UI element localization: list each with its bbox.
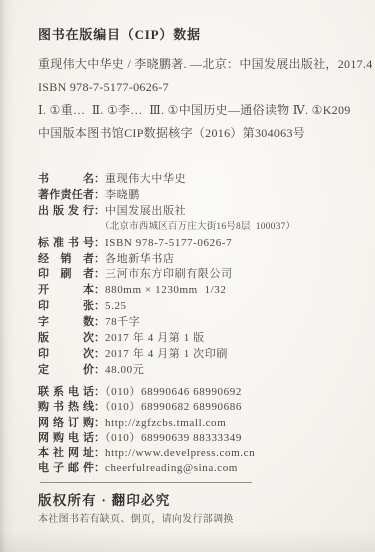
field-label: 标准书号 <box>38 236 94 252</box>
field-label: 著作责任者 <box>38 188 94 204</box>
label-colon: ： <box>94 386 105 398</box>
field-value: 78千字 <box>105 316 140 328</box>
field-value: 中国发展出版社 <box>105 205 186 217</box>
cip-title-line: 重现伟大中华史 / 李晓鹏著. —北京：中国发展出版社，2017.4 <box>38 53 351 76</box>
field-value: 2017 年 4 月第 1 版 <box>105 332 205 344</box>
contact-info-block: 联系电话：（010）68990646 68990692 购书热线：（010）68… <box>38 385 359 477</box>
label-colon: ： <box>94 462 105 474</box>
label-colon: ： <box>94 237 105 249</box>
label-colon: ： <box>94 332 105 344</box>
label-colon: ： <box>94 401 105 413</box>
cip-classification-line: Ⅰ. ①重… Ⅱ. ①李… Ⅲ. ①中国历史—通俗读物 Ⅳ. ①K209 <box>38 99 351 122</box>
contact-row-phone: 联系电话：（010）68990646 68990692 <box>38 385 359 400</box>
field-label: 电子邮件 <box>38 461 94 476</box>
label-colon: ： <box>94 173 105 185</box>
field-value: 三河市东方印刷有限公司 <box>105 268 233 280</box>
publication-info-block: 书名：重现伟大中华史 著作责任者：李晓鹏 出版发行：中国发展出版社 （北京市西城… <box>38 172 359 379</box>
field-label: 购书热线 <box>38 400 94 415</box>
label-colon: ： <box>94 417 105 429</box>
field-label: 印次 <box>38 347 94 363</box>
pub-row-author: 著作责任者：李晓鹏 <box>38 188 359 204</box>
pub-row-printer: 印刷者：三河市东方印刷有限公司 <box>38 267 359 283</box>
label-colon: ： <box>94 432 105 444</box>
contact-row-hotline: 购书热线：（010）68990682 68990686 <box>38 400 359 415</box>
field-value: 880mm × 1230mm 1/32 <box>105 284 226 296</box>
pub-row-printing: 印次：2017 年 4 月第 1 次印刷 <box>38 347 359 363</box>
pub-row-distributor: 经销者：各地新华书店 <box>38 252 359 268</box>
publisher-address-note: （北京市西城区百万庄大街16号8层 100037） <box>38 220 359 236</box>
field-label: 出版发行 <box>38 204 94 220</box>
field-value: 2017 年 4 月第 1 次印刷 <box>105 348 228 360</box>
label-colon: ： <box>94 447 105 459</box>
pub-row-publisher: 出版发行：中国发展出版社 <box>38 204 359 220</box>
field-value: http://www.develpress.com.cn <box>105 447 255 459</box>
pub-row-edition: 版次：2017 年 4 月第 1 版 <box>38 331 359 347</box>
pub-row-isbn: 标准书号：ISBN 978-7-5177-0626-7 <box>38 236 359 252</box>
label-colon: ： <box>94 348 105 360</box>
field-value: cheerfulreading@sina.com <box>105 462 238 474</box>
contact-row-online-store: 网络订购：http://zgfzcbs.tmall.com <box>38 416 359 431</box>
pub-row-price: 定价：48.00元 <box>38 363 359 379</box>
field-label: 本社网址 <box>38 446 94 461</box>
label-colon: ： <box>94 364 105 376</box>
field-label: 定价 <box>38 363 94 379</box>
pub-row-sheets: 印张：5.25 <box>38 299 359 315</box>
contact-row-website: 本社网址：http://www.develpress.com.cn <box>38 446 359 461</box>
pub-row-format: 开本：880mm × 1230mm 1/32 <box>38 283 359 299</box>
pub-row-title: 书名：重现伟大中华史 <box>38 172 359 188</box>
field-value: http://zgfzcbs.tmall.com <box>105 417 226 429</box>
field-value: （010）68990646 68990692 <box>105 386 242 398</box>
field-label: 书名 <box>38 172 94 188</box>
cip-record-number-line: 中国版本图书馆CIP数据核字（2016）第304063号 <box>38 122 351 145</box>
field-value: 重现伟大中华史 <box>105 173 186 185</box>
field-value: （010）68990682 68990686 <box>105 401 242 413</box>
field-label: 网购电话 <box>38 431 94 446</box>
field-value: 5.25 <box>105 300 127 312</box>
label-colon: ： <box>94 284 105 296</box>
field-label: 印张 <box>38 299 94 315</box>
field-label: 网络订购 <box>38 416 94 431</box>
field-label: 字数 <box>38 315 94 331</box>
field-value: 48.00元 <box>105 364 144 376</box>
contact-row-order-phone: 网购电话：（010）68990639 88333349 <box>38 431 359 446</box>
field-label: 印刷者 <box>38 267 94 283</box>
exchange-note: 本社图书若有缺页、倒页，请向发行部调换 <box>38 510 234 525</box>
cip-data-block: 图书在版编目（CIP）数据 重现伟大中华史 / 李晓鹏著. —北京：中国发展出版… <box>38 24 351 145</box>
field-label: 经销者 <box>38 252 94 268</box>
book-copyright-page: { "ui": { "colon": "：" }, "colors": { "p… <box>0 0 375 552</box>
label-colon: ： <box>94 205 105 217</box>
footer-divider <box>40 482 252 483</box>
label-colon: ： <box>94 268 105 280</box>
copyright-notice: 版权所有 · 翻印必究 <box>38 489 170 509</box>
cip-isbn-line: ISBN 978-7-5177-0626-7 <box>38 76 351 99</box>
cip-header: 图书在版编目（CIP）数据 <box>38 24 351 43</box>
field-value: 各地新华书店 <box>105 253 175 265</box>
contact-row-email: 电子邮件：cheerfulreading@sina.com <box>38 461 359 476</box>
label-colon: ： <box>94 300 105 312</box>
field-label: 联系电话 <box>38 385 94 400</box>
field-value: ISBN 978-7-5177-0626-7 <box>105 237 232 249</box>
pub-row-wordcount: 字数：78千字 <box>38 315 359 331</box>
label-colon: ： <box>94 189 105 201</box>
field-value: （010）68990639 88333349 <box>105 432 242 444</box>
label-colon: ： <box>94 253 105 265</box>
field-label: 版次 <box>38 331 94 347</box>
label-colon: ： <box>94 316 105 328</box>
field-label: 开本 <box>38 283 94 299</box>
field-value: 李晓鹏 <box>105 189 140 201</box>
